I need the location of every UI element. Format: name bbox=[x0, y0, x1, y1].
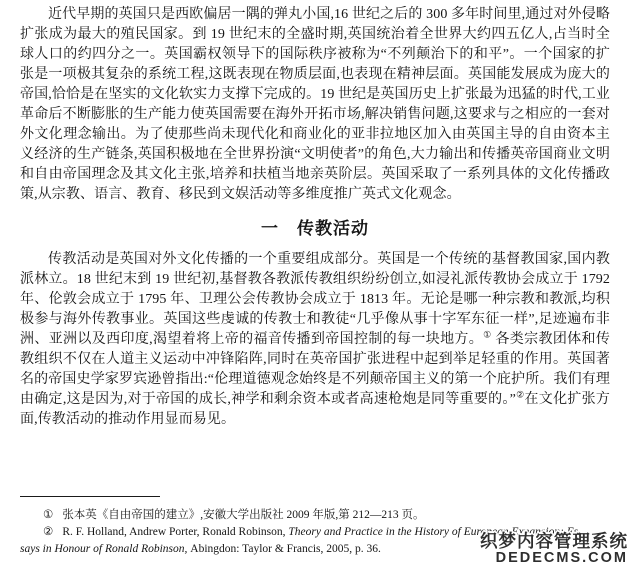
dedecms-watermark: 织梦内容管理系统 DEDECMS.COM bbox=[480, 533, 628, 566]
footnote-2-book-title-part2: says in Honour of Ronald Robinson, bbox=[20, 543, 190, 555]
footnote-2-marker: ② bbox=[43, 526, 62, 538]
document-page: 近代早期的英国只是西欧偏居一隅的弹丸小国,16 世纪之后的 300 多年时间里,… bbox=[0, 0, 630, 571]
footnote-ref-2: ② bbox=[516, 389, 525, 399]
footnote-1-marker: ① bbox=[43, 509, 62, 521]
intro-paragraph: 近代早期的英国只是西欧偏居一隅的弹丸小国,16 世纪之后的 300 多年时间里,… bbox=[20, 5, 610, 205]
footnote-separator-rule bbox=[20, 496, 160, 497]
watermark-cn-text: 织梦内容管理系统 bbox=[480, 533, 628, 550]
section-heading: 一 传教活动 bbox=[20, 214, 610, 239]
footnote-2-authors: R. F. Holland, Andrew Porter, Ronald Rob… bbox=[62, 526, 288, 538]
page-content: 近代早期的英国只是西欧偏居一隅的弹丸小国,16 世纪之后的 300 多年时间里,… bbox=[20, 5, 610, 430]
footnote-ref-1: ① bbox=[483, 329, 491, 339]
footnote-1: ①张本英《自由帝国的建立》,安徽大学出版社 2009 年版,第 212—213 … bbox=[20, 507, 610, 524]
watermark-domain-text: DEDECMS.COM bbox=[480, 550, 628, 566]
footnote-1-text: 张本英《自由帝国的建立》,安徽大学出版社 2009 年版,第 212—213 页… bbox=[62, 509, 424, 521]
footnote-2-publisher: Abingdon: Taylor & Francis, 2005, p. 36. bbox=[190, 543, 381, 555]
missionary-paragraph: 传教活动是英国对外文化传播的一个重要组成部分。英国是一个传统的基督教国家,国内教… bbox=[20, 250, 610, 430]
